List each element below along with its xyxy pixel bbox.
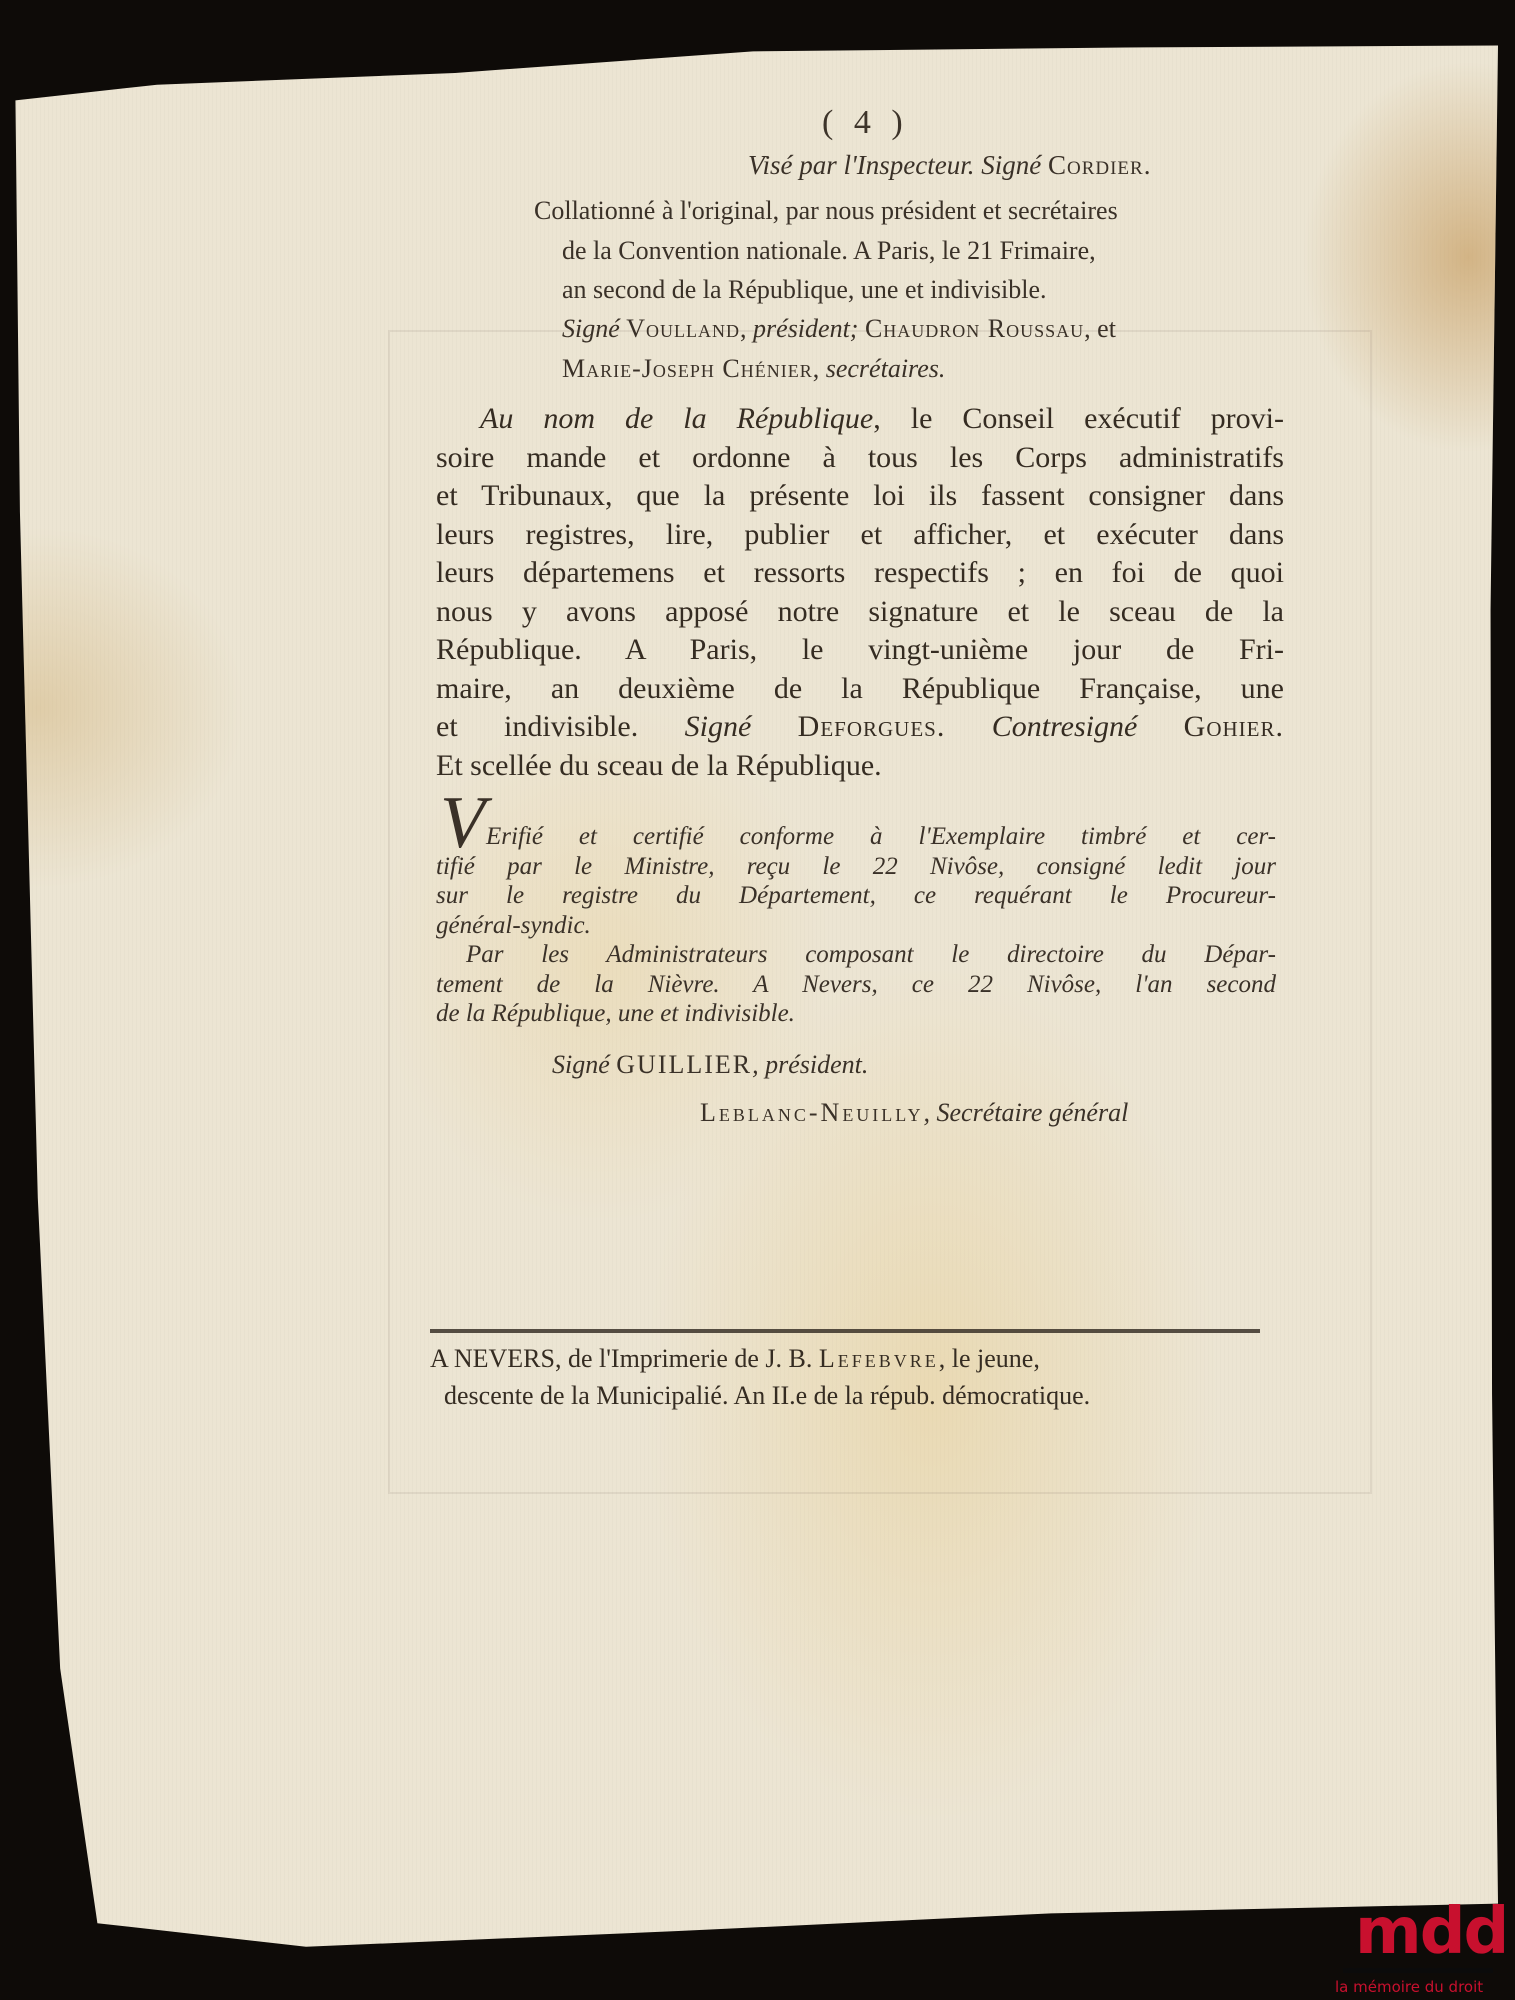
admin-line-1: Par les Administrateurs composant le dir…: [436, 940, 1276, 970]
ordonnance-line-2: soire mande et ordonne à tous les Corps …: [436, 439, 1284, 478]
mdd-logo-mark: mdd: [1355, 1900, 1507, 1964]
president-name: Voulland: [626, 314, 740, 343]
page-number: ( 4 ): [822, 104, 909, 142]
guillier-name: GUILLIER: [616, 1050, 752, 1079]
leblanc-neuilly-name: Leblanc-Neuilly: [700, 1098, 924, 1127]
president-title: président;: [753, 314, 858, 343]
ordonnance-line-7: République. A Paris, le vingt-unième jou…: [436, 631, 1284, 670]
signed-guillier: Signé GUILLIER, président.: [552, 1052, 868, 1078]
opening-italic: Au nom de la République: [480, 402, 873, 435]
ordonnance-line-10: Et scellée du sceau de la République.: [436, 747, 1284, 786]
collation-signatures-line-2: Marie-Joseph Chénier, secrétaires.: [562, 356, 945, 382]
cert-line-1: Erifié et certifié conforme à l'Exemplai…: [436, 822, 1276, 852]
ordonnance-paragraph: Au nom de la République, le Conseil exéc…: [436, 400, 1284, 785]
collation-line-1: Collationné à l'original, par nous prési…: [534, 198, 1118, 224]
imprint-line-2: descente de la Municipalié. An II.e de l…: [444, 1379, 1090, 1413]
logo-underline: [1343, 1968, 1493, 1973]
vise-name: Cordier.: [1048, 150, 1151, 180]
collation-signatures-line-1: Signé Voulland, président; Chaudron Rous…: [562, 316, 1116, 342]
cert-line-4: général-syndic.: [436, 911, 1276, 941]
imprint-divider: [430, 1329, 1260, 1333]
secretary-1: Chaudron Roussau: [865, 314, 1084, 343]
admin-line-3: de la République, une et indivisible.: [436, 999, 1276, 1029]
secretary-2: Marie-Joseph Chénier: [562, 354, 813, 383]
ordonnance-line-1: Au nom de la République, le Conseil exéc…: [436, 400, 1284, 439]
signer-deforgues: Deforgues.: [798, 710, 946, 743]
vise-prefix: Visé par l'Inspecteur. Signé: [748, 150, 1041, 180]
printer-name: Lefebvre: [819, 1344, 939, 1373]
signe-label: Signé: [562, 314, 620, 343]
ordonnance-line-6: nous y avons apposé notre signature et l…: [436, 593, 1284, 632]
ordonnance-line-3: et Tribunaux, que la présente loi ils fa…: [436, 477, 1284, 516]
mdd-logo-text: la mémoire du droit: [1335, 1978, 1483, 1996]
mdd-watermark-logo: mdd la mémoire du droit: [1335, 1900, 1505, 2000]
secretaries-title: secrétaires.: [826, 354, 946, 383]
ordonnance-line-4: leurs registres, lire, publier et affich…: [436, 516, 1284, 555]
signer-gohier: Gohier.: [1184, 710, 1284, 743]
ordonnance-line-5: leurs départemens et ressorts respectifs…: [436, 554, 1284, 593]
ordonnance-line-8: maire, an deuxième de la République Fran…: [436, 670, 1284, 709]
cert-line-3: sur le registre du Département, ce requé…: [436, 881, 1276, 911]
collation-line-3: an second de la République, une et indiv…: [562, 277, 1047, 303]
signed-leblanc-neuilly: Leblanc-Neuilly, Secrétaire général: [700, 1100, 1128, 1126]
cert-line-2: tifié par le Ministre, reçu le 22 Nivôse…: [436, 852, 1276, 882]
imprint-city: A NEVERS,: [430, 1344, 561, 1373]
ordonnance-line-9: et indivisible. Signé Deforgues. Contres…: [436, 708, 1284, 747]
imprint-line-1: A NEVERS, de l'Imprimerie de J. B. Lefeb…: [430, 1342, 1040, 1376]
certification-paragraph: Erifié et certifié conforme à l'Exemplai…: [436, 822, 1276, 1029]
vise-line: Visé par l'Inspecteur. Signé Cordier.: [748, 152, 1151, 179]
conjunction: , et: [1084, 314, 1116, 343]
admin-line-2: tement de la Nièvre. A Nevers, ce 22 Niv…: [436, 970, 1276, 1000]
collation-line-2: de la Convention nationale. A Paris, le …: [562, 238, 1096, 264]
